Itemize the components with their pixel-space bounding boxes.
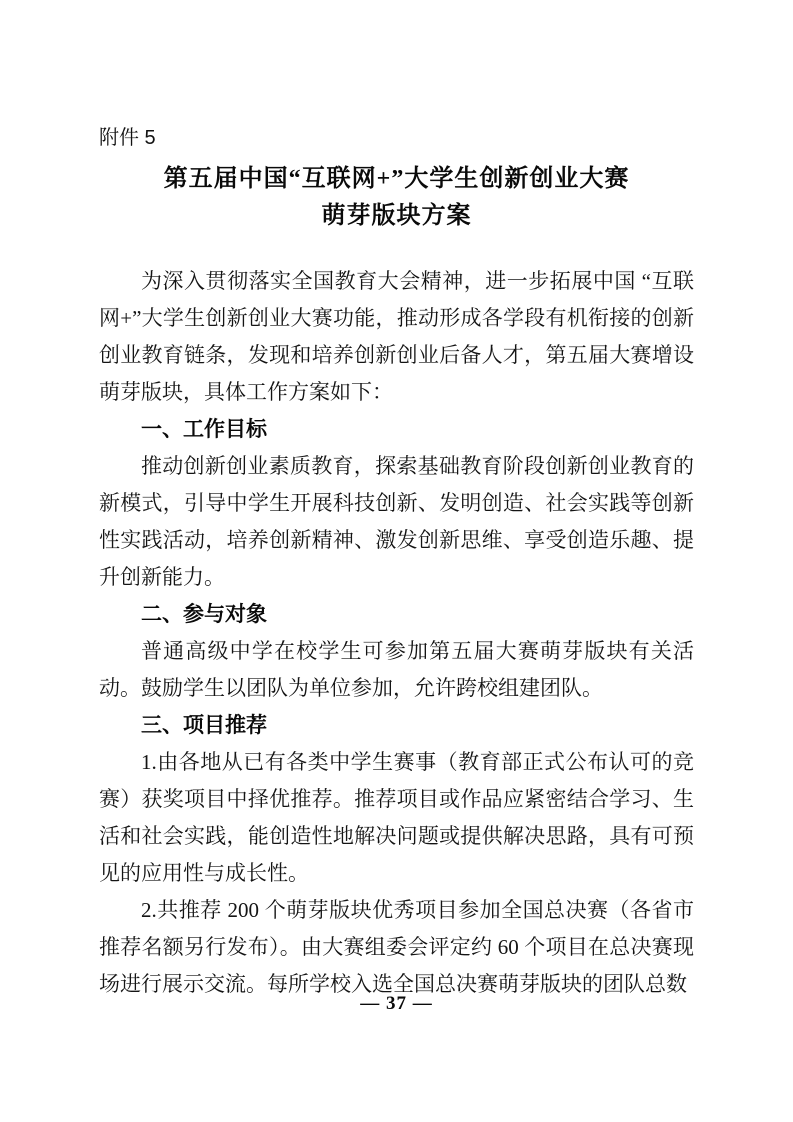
section-heading-work-goals: 一、工作目标: [99, 411, 694, 448]
section-heading-project-recommendation: 三、项目推荐: [99, 707, 694, 744]
paragraph-intro: 为深入贯彻落实全国教育大会精神，进一步拓展中国 “互联网+”大学生创新创业大赛功…: [99, 263, 694, 411]
paragraph-participants: 普通高级中学在校学生可参加第五届大赛萌芽版块有关活动。鼓励学生以团队为单位参加，…: [99, 633, 694, 707]
section-heading-participants: 二、参与对象: [99, 596, 694, 633]
paragraph-recommendation-item-1: 1.由各地从已有各类中学生赛事（教育部正式公布认可的竞赛）获奖项目中择优推荐。推…: [99, 744, 694, 892]
title-line-2: 萌芽版块方案: [99, 198, 694, 235]
title-line-1: 第五届中国“互联网+”大学生创新创业大赛: [99, 161, 694, 198]
paragraph-work-goals: 推动创新创业素质教育，探索基础教育阶段创新创业教育的新模式，引导中学生开展科技创…: [99, 448, 694, 596]
document-title: 第五届中国“互联网+”大学生创新创业大赛 萌芽版块方案: [99, 161, 694, 235]
page-number: — 37 —: [0, 993, 793, 1015]
paragraph-recommendation-item-2: 2.共推荐 200 个萌芽版块优秀项目参加全国总决赛（各省市推荐名额另行发布）。…: [99, 892, 694, 1003]
document-page: 附件 5 第五届中国“互联网+”大学生创新创业大赛 萌芽版块方案 为深入贯彻落实…: [0, 0, 793, 1122]
document-body: 为深入贯彻落实全国教育大会精神，进一步拓展中国 “互联网+”大学生创新创业大赛功…: [99, 263, 694, 1003]
attachment-label: 附件 5: [99, 124, 694, 152]
